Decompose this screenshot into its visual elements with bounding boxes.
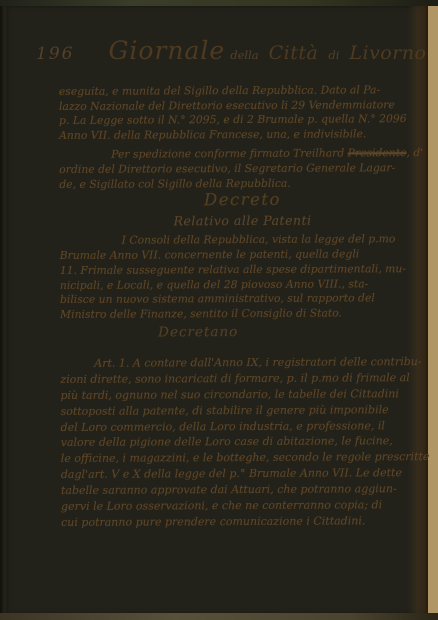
manuscript-line: p. La Legge sotto il N.° 2095, e di 2 Br… xyxy=(59,112,425,129)
manuscript-line: 11. Frimale susseguente relativa alle sp… xyxy=(60,262,426,279)
manuscript-line: dagl'art. V e X della legge del p.° Brum… xyxy=(61,465,427,483)
manuscript-line: Anno VII. della Repubblica Francese, una… xyxy=(59,127,425,144)
scan-bottom-edge xyxy=(0,613,438,620)
title-word-citta: Città xyxy=(269,42,319,64)
page-number: 196 xyxy=(36,44,74,64)
spedizione-paragraph: Per spedizione conforme firmato Treilhar… xyxy=(59,146,425,192)
manuscript-line: cui potranno pure prendere comunicazione… xyxy=(61,513,427,531)
manuscript-line: gervi le Loro osservazioni, e che ne con… xyxy=(61,497,427,515)
struck-word: Presidente xyxy=(348,147,407,160)
manuscript-line: Ministro delle Finanze, sentito il Consi… xyxy=(60,306,426,323)
title-word-di: di xyxy=(328,48,339,62)
article-paragraph: Art. 1. A contare dall'Anno IX, i regist… xyxy=(60,354,427,531)
manuscript-text: eseguita, e munita del Sigillo della Rep… xyxy=(59,83,427,531)
manuscript-scan: 196 Giornale della Città di Livorno eseg… xyxy=(0,0,438,620)
manuscript-line: Art. 1. A contare dall'Anno IX, i regist… xyxy=(60,354,426,372)
manuscript-line: bilisce un nuovo sistema amministrativo,… xyxy=(60,291,426,308)
manuscript-line: più tardi, ognuno nel suo circondario, l… xyxy=(60,386,426,404)
decreto-heading: Decreto xyxy=(59,192,425,215)
title-bar: 196 Giornale della Città di Livorno xyxy=(36,36,422,65)
title-word-giornale: Giornale xyxy=(108,36,225,65)
decretano-heading: Decretano xyxy=(60,324,426,344)
title-word-livorno: Livorno xyxy=(349,42,426,64)
manuscript-line: del Loro commercio, della Loro industria… xyxy=(61,418,427,436)
title-word-della: della xyxy=(230,48,258,62)
manuscript-line: valore della pigione delle Loro case di … xyxy=(61,433,427,451)
manuscript-line: ordine del Direttorio esecutivo, il Segr… xyxy=(59,161,425,178)
spedizione-post: , d' xyxy=(406,146,423,159)
decreto-subheading: Relativo alle Patenti xyxy=(60,213,426,232)
preamble-paragraph: I Consoli della Repubblica, vista la leg… xyxy=(60,232,426,323)
manuscript-line: tabelle saranno approvate dai Attuari, c… xyxy=(61,481,427,499)
manuscript-line: le officine, i magazzini, e le botteghe,… xyxy=(61,449,427,467)
book-fore-edge xyxy=(428,0,438,620)
manuscript-line: eseguita, e munita del Sigillo della Rep… xyxy=(59,83,425,100)
binding-left-edge xyxy=(0,0,8,620)
manuscript-line: zioni dirette, sono incaricati di formar… xyxy=(60,370,426,388)
spedizione-pre: Per spedizione conforme firmato Treilhar… xyxy=(111,147,348,161)
manuscript-line: sottoposti alla patente, di stabilire il… xyxy=(61,402,427,420)
scan-top-edge xyxy=(0,0,438,6)
intro-paragraph: eseguita, e munita del Sigillo della Rep… xyxy=(59,83,425,143)
manuscript-line: I Consoli della Repubblica, vista la leg… xyxy=(60,232,426,249)
